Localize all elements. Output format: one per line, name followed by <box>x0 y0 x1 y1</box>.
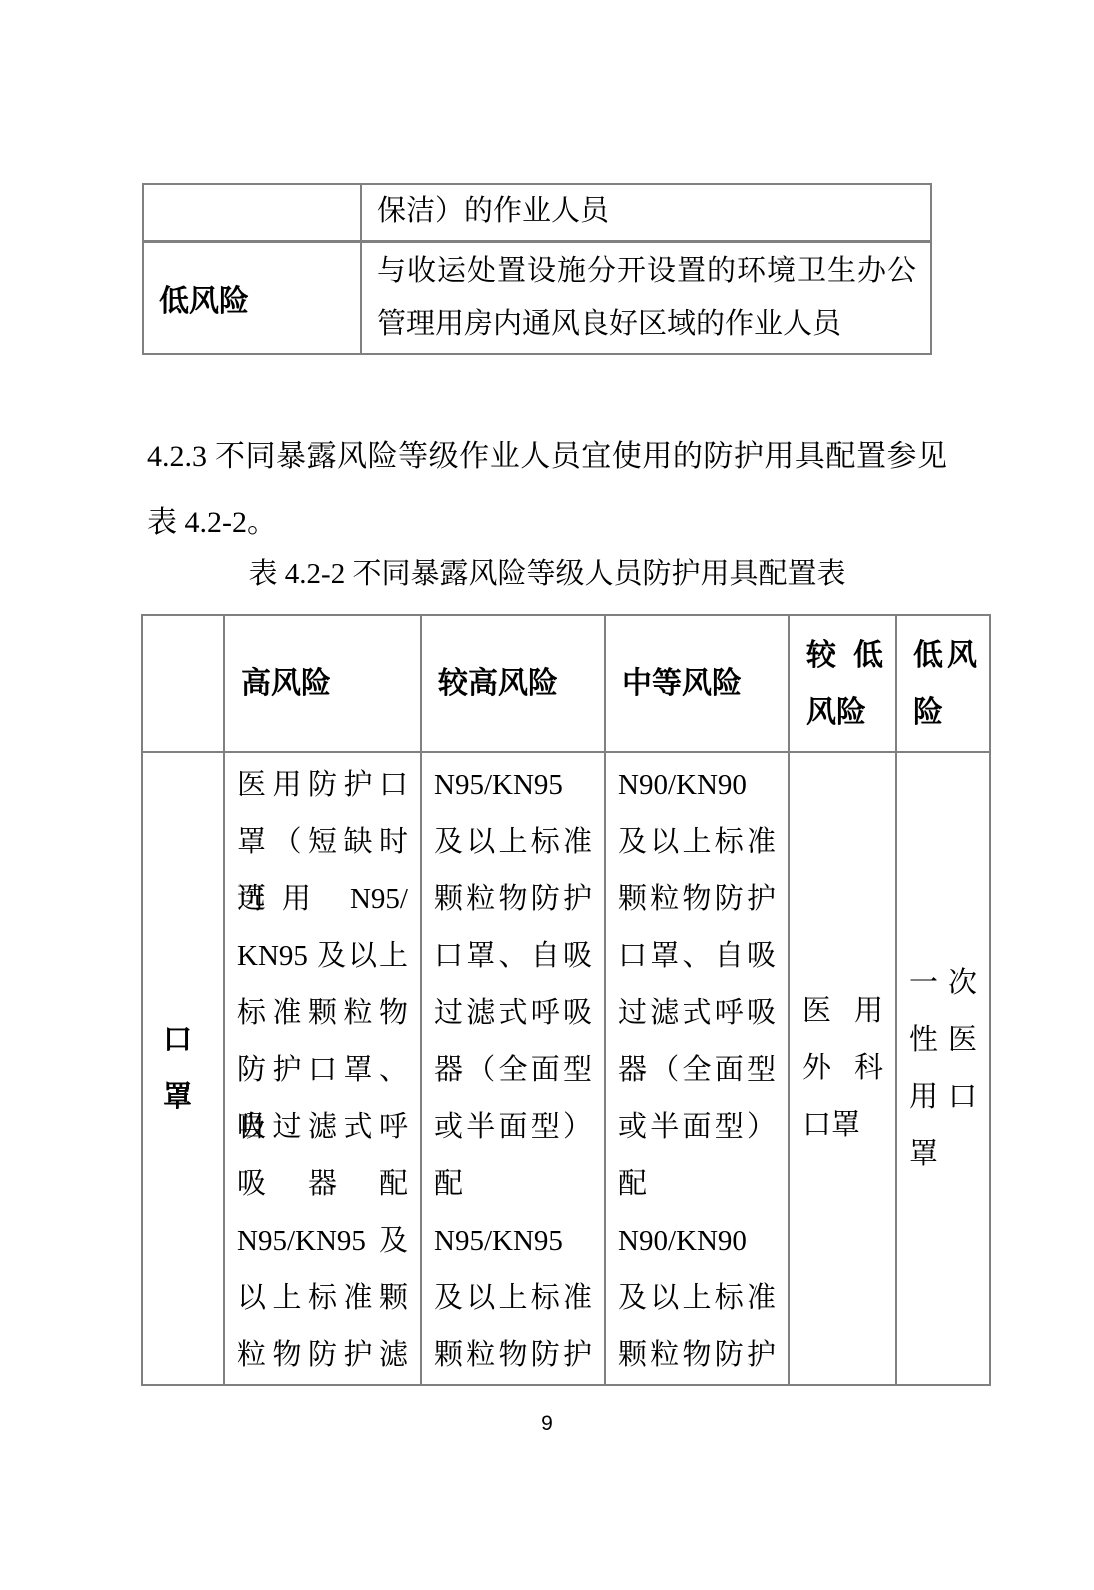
risk-desc-cell-continued: 保洁）的作业人员 <box>361 184 931 242</box>
text-line: 口 <box>163 1012 211 1069</box>
cell-mask-higher-risk: N95/KN95及以上标准颗粒物防护口罩、自吸过滤式呼吸器（全面型或半面型）配N… <box>421 752 605 1385</box>
text-line: 选用 N95/ <box>237 871 408 928</box>
text-line: 及以上标准 <box>434 1270 592 1327</box>
text-line: 防护口罩、自 <box>237 1042 408 1099</box>
text-line: 医用 <box>802 983 883 1040</box>
col-header-high-risk: 高风险 <box>224 615 421 752</box>
text-line: 粒物防护滤 <box>237 1327 408 1384</box>
text-line: 及以上标准 <box>618 1270 776 1327</box>
text-line: 颗粒物防护 <box>618 871 776 928</box>
text-line: 一次 <box>909 955 977 1012</box>
text-line: 过滤式呼吸 <box>618 985 776 1042</box>
text-line: 或半面型） <box>618 1099 776 1156</box>
text-line: 性医 <box>909 1012 977 1069</box>
text-line: 用口 <box>909 1069 977 1126</box>
text-line: 吸器配 <box>237 1156 408 1213</box>
text-line: 表 4.2-2。 <box>147 490 947 556</box>
ppe-configuration-table: 高风险 较高风险 中等风险 较低风险 低风险 口罩 医用防护口罩（短缺时可选用 … <box>141 614 991 1386</box>
text-line: 医用防护口 <box>237 757 408 814</box>
text-line: N95/KN95 及 <box>237 1213 408 1270</box>
risk-label-cell-low: 低风险 <box>143 242 361 355</box>
row-header-mask: 口罩 <box>142 752 224 1385</box>
text-line: 过滤式呼吸 <box>434 985 592 1042</box>
low-risk-label: 低风险 <box>159 285 249 318</box>
table-row: 保洁）的作业人员 <box>143 184 931 242</box>
text-line: 以上标准颗 <box>237 1270 408 1327</box>
text-line: N90/KN90 <box>618 757 776 814</box>
header-row: 高风险 较高风险 中等风险 较低风险 低风险 <box>142 615 990 752</box>
cell-mask-medium-risk: N90/KN90及以上标准颗粒物防护口罩、自吸过滤式呼吸器（全面型或半面型）配N… <box>605 752 789 1385</box>
risk-label-cell-empty <box>143 184 361 242</box>
document-page: 保洁）的作业人员 低风险 与收运处置设施分开设置的环境卫生办公管理用房内通风良好… <box>0 0 1094 1590</box>
text-line: 口罩 <box>802 1097 883 1154</box>
risk-desc-cell-low: 与收运处置设施分开设置的环境卫生办公管理用房内通风良好区域的作业人员 <box>361 242 931 355</box>
text-line: 配 <box>618 1156 776 1213</box>
risk-level-table-top: 保洁）的作业人员 低风险 与收运处置设施分开设置的环境卫生办公管理用房内通风良好… <box>142 183 932 355</box>
col-header-empty <box>142 615 224 752</box>
text-line: 较高风险 <box>438 655 592 712</box>
table-row: 低风险 与收运处置设施分开设置的环境卫生办公管理用房内通风良好区域的作业人员 <box>143 242 931 355</box>
text-line: 器（全面型 <box>434 1042 592 1099</box>
text-line: N90/KN90 <box>618 1213 776 1270</box>
text-line: 与收运处置设施分开设置的环境卫生办公 <box>377 245 916 298</box>
table-caption: 表 4.2-2 不同暴露风险等级人员防护用具配置表 <box>0 556 1094 592</box>
text-line: 罩 <box>163 1069 211 1126</box>
text-line: 中等风险 <box>622 655 776 712</box>
text-line: 颗粒物防护 <box>434 871 592 928</box>
text-line: 罩（短缺时可 <box>237 814 408 871</box>
text-line: 及以上标准 <box>434 814 592 871</box>
text-line: 器（全面型 <box>618 1042 776 1099</box>
text-line: N95/KN95 <box>434 757 592 814</box>
text-line: 较低 <box>806 627 883 684</box>
text-line: 口罩、自吸 <box>618 928 776 985</box>
text-line: 颗粒物防护 <box>434 1327 592 1384</box>
col-header-higher-risk: 较高风险 <box>421 615 605 752</box>
text-line: 管理用房内通风良好区域的作业人员 <box>377 298 916 351</box>
section-4-2-3-paragraph: 4.2.3 不同暴露风险等级作业人员宜使用的防护用具配置参见表 4.2-2。 <box>147 424 947 556</box>
col-header-low-risk: 低风险 <box>896 615 990 752</box>
mask-row: 口罩 医用防护口罩（短缺时可选用 N95/KN95 及以上标准颗粒物防护口罩、自… <box>142 752 990 1385</box>
text-line: 配 <box>434 1156 592 1213</box>
text-line: 口罩、自吸 <box>434 928 592 985</box>
page-number: 9 <box>0 1412 1094 1436</box>
text-line: 颗粒物防护 <box>618 1327 776 1384</box>
text-line: KN95 及以上 <box>237 928 408 985</box>
text-line: N95/KN95 <box>434 1213 592 1270</box>
text-line: 低风 <box>913 627 977 684</box>
text-line: 保洁）的作业人员 <box>377 185 916 237</box>
text-line: 标准颗粒物 <box>237 985 408 1042</box>
text-line: 或半面型） <box>434 1099 592 1156</box>
text-line: 高风险 <box>241 655 408 712</box>
cell-mask-low-risk: 一次性医用口罩 <box>896 752 990 1385</box>
text-line: 及以上标准 <box>618 814 776 871</box>
text-line: 4.2.3 不同暴露风险等级作业人员宜使用的防护用具配置参见 <box>147 424 947 490</box>
text-line: 险 <box>913 684 977 741</box>
text-line: 吸过滤式呼 <box>237 1099 408 1156</box>
col-header-medium-risk: 中等风险 <box>605 615 789 752</box>
text-line: 风险 <box>806 684 883 741</box>
cell-mask-lower-risk: 医用外科口罩 <box>789 752 896 1385</box>
text-line: 罩 <box>909 1126 977 1183</box>
text-line: 外科 <box>802 1040 883 1097</box>
cell-mask-high-risk: 医用防护口罩（短缺时可选用 N95/KN95 及以上标准颗粒物防护口罩、自吸过滤… <box>224 752 421 1385</box>
col-header-lower-risk: 较低风险 <box>789 615 896 752</box>
